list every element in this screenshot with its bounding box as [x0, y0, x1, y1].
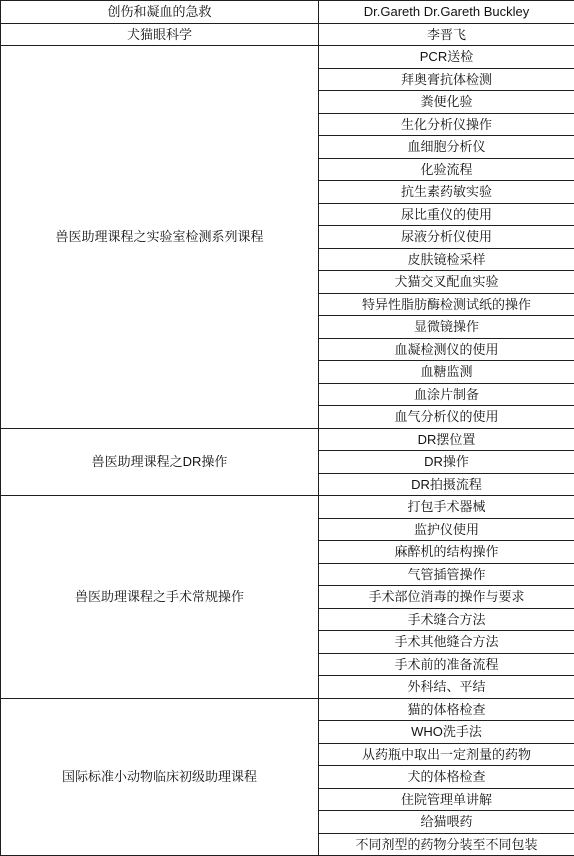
lesson-cell: 特异性脂肪酶检测试纸的操作: [319, 293, 574, 316]
instructor-cell: 李晋飞: [319, 23, 574, 46]
lesson-cell: 猫的体格检查: [319, 698, 574, 721]
lesson-cell: 打包手术器械: [319, 496, 574, 519]
table-row: 兽医助理课程之DR操作DR摆位置: [1, 428, 574, 451]
lesson-cell: 手术缝合方法: [319, 608, 574, 631]
section-title-cell: 国际标准小动物临床初级助理课程: [1, 698, 319, 856]
lesson-cell: 血涂片制备: [319, 383, 574, 406]
lesson-cell: 住院管理单讲解: [319, 788, 574, 811]
lesson-cell: 血细胞分析仪: [319, 136, 574, 159]
lesson-cell: 手术前的准备流程: [319, 653, 574, 676]
table-row: 兽医助理课程之实验室检测系列课程PCR送检: [1, 46, 574, 69]
lesson-cell: PCR送检: [319, 46, 574, 69]
lesson-cell: 气管插管操作: [319, 563, 574, 586]
course-name-cell: 犬猫眼科学: [1, 23, 319, 46]
section-title-cell: 兽医助理课程之手术常规操作: [1, 496, 319, 699]
lesson-cell: 拜奥膏抗体检测: [319, 68, 574, 91]
instructor-cell: Dr.Gareth Dr.Gareth Buckley: [319, 1, 574, 24]
course-table-body: 创伤和凝血的急救Dr.Gareth Dr.Gareth Buckley犬猫眼科学…: [1, 1, 574, 856]
lesson-cell: 化验流程: [319, 158, 574, 181]
lesson-cell: 粪便化验: [319, 91, 574, 114]
header-row: 创伤和凝血的急救Dr.Gareth Dr.Gareth Buckley: [1, 1, 574, 24]
lesson-cell: 监护仪使用: [319, 518, 574, 541]
lesson-cell: 犬的体格检查: [319, 766, 574, 789]
lesson-cell: 血气分析仪的使用: [319, 406, 574, 429]
lesson-cell: 手术其他缝合方法: [319, 631, 574, 654]
lesson-cell: 外科结、平结: [319, 676, 574, 699]
lesson-cell: 麻醉机的结构操作: [319, 541, 574, 564]
lesson-cell: 尿液分析仪使用: [319, 226, 574, 249]
lesson-cell: DR拍摄流程: [319, 473, 574, 496]
lesson-cell: 不同剂型的药物分装至不同包装: [319, 833, 574, 856]
lesson-cell: 显微镜操作: [319, 316, 574, 339]
course-name-cell: 创伤和凝血的急救: [1, 1, 319, 24]
lesson-cell: 血糖监测: [319, 361, 574, 384]
lesson-cell: 生化分析仪操作: [319, 113, 574, 136]
lesson-cell: 犬猫交叉配血实验: [319, 271, 574, 294]
lesson-cell: 从药瓶中取出一定剂量的药物: [319, 743, 574, 766]
course-table: 创伤和凝血的急救Dr.Gareth Dr.Gareth Buckley犬猫眼科学…: [0, 0, 574, 856]
header-row: 犬猫眼科学李晋飞: [1, 23, 574, 46]
lesson-cell: DR操作: [319, 451, 574, 474]
lesson-cell: 皮肤镜检采样: [319, 248, 574, 271]
section-title-cell: 兽医助理课程之DR操作: [1, 428, 319, 496]
section-title-cell: 兽医助理课程之实验室检测系列课程: [1, 46, 319, 429]
lesson-cell: 抗生素药敏实验: [319, 181, 574, 204]
table-row: 兽医助理课程之手术常规操作打包手术器械: [1, 496, 574, 519]
lesson-cell: 给猫喂药: [319, 811, 574, 834]
lesson-cell: 血凝检测仪的使用: [319, 338, 574, 361]
lesson-cell: DR摆位置: [319, 428, 574, 451]
lesson-cell: 手术部位消毒的操作与要求: [319, 586, 574, 609]
table-row: 国际标准小动物临床初级助理课程猫的体格检查: [1, 698, 574, 721]
lesson-cell: 尿比重仪的使用: [319, 203, 574, 226]
lesson-cell: WHO洗手法: [319, 721, 574, 744]
